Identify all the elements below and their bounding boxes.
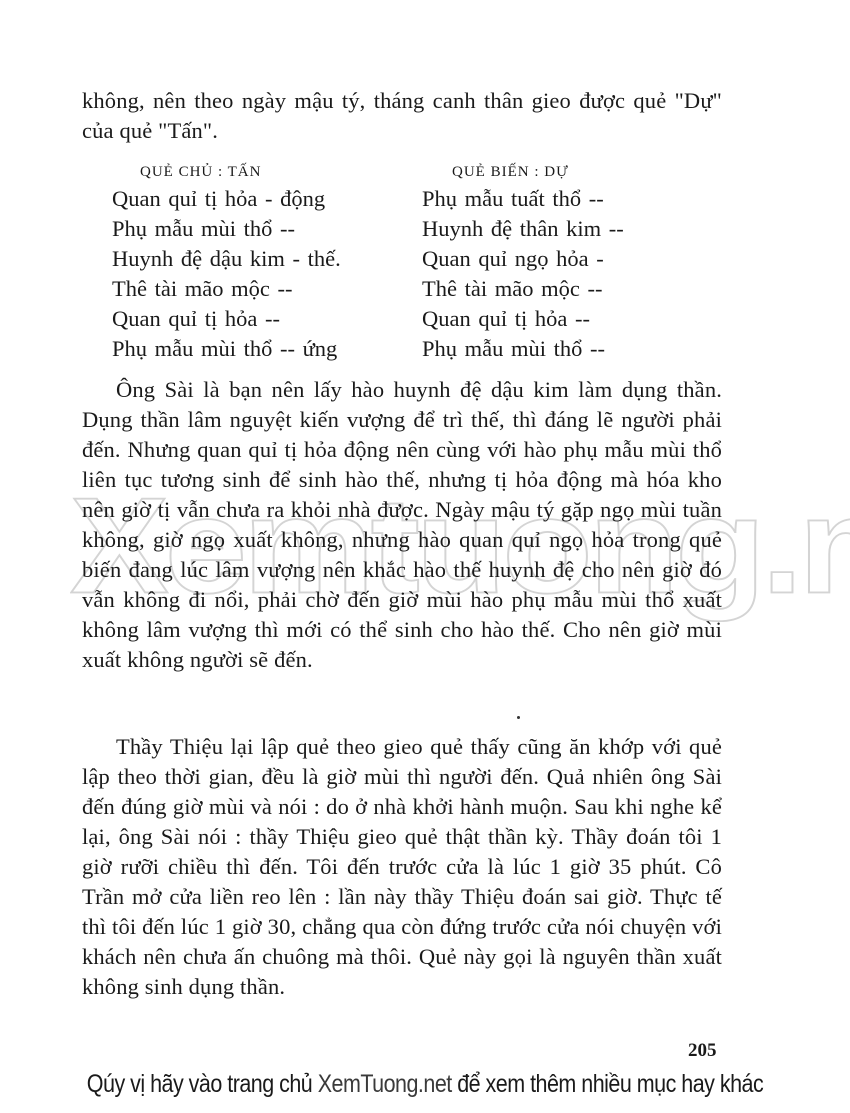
changed-hexagram-column: QUẺ BIẾN : DỰ Phụ mẫu tuất thổ -- Huynh … (422, 160, 672, 364)
changed-hexagram-line: Quan quỉ ngọ hỏa - (422, 244, 672, 274)
footer-prefix: Qúy vị hãy vào trang chủ (87, 1070, 318, 1098)
body-paragraph-2: Thầy Thiệu lại lập quẻ theo gieo quẻ thấ… (82, 732, 722, 1002)
changed-hexagram-line: Phụ mẫu tuất thổ -- (422, 184, 672, 214)
changed-hexagram-line: Phụ mẫu mùi thổ -- (422, 334, 672, 364)
main-hexagram-line: Thê tài mão mộc -- (112, 274, 422, 304)
main-hexagram-title: QUẺ CHỦ : TẤN (112, 160, 422, 184)
main-hexagram-line: Huynh đệ dậu kim - thế. (112, 244, 422, 274)
main-hexagram-line: Phụ mẫu mùi thổ -- ứng (112, 334, 422, 364)
footer-banner: Qúy vị hãy vào trang chủ XemTuong.net để… (60, 1064, 791, 1104)
changed-hexagram-line: Thê tài mão mộc -- (422, 274, 672, 304)
paragraph-text: Ông Sài là bạn nên lấy hào huynh đệ dậu … (82, 375, 722, 675)
body-paragraph-1: Ông Sài là bạn nên lấy hào huynh đệ dậu … (82, 375, 722, 675)
paragraph-text: Thầy Thiệu lại lập quẻ theo gieo quẻ thấ… (82, 732, 722, 1002)
changed-hexagram-line: Huynh đệ thân kim -- (422, 214, 672, 244)
main-hexagram-column: QUẺ CHỦ : TẤN Quan quỉ tị hỏa - động Phụ… (112, 160, 422, 364)
book-page: Xemtuong.net không, nên theo ngày mậu tý… (0, 0, 850, 1113)
footer-suffix: để xem thêm nhiều mục hay khác (452, 1070, 763, 1098)
print-speck (517, 716, 520, 719)
main-hexagram-line: Phụ mẫu mùi thổ -- (112, 214, 422, 244)
intro-paragraph: không, nên theo ngày mậu tý, tháng canh … (82, 86, 722, 146)
page-number: 205 (688, 1040, 717, 1062)
changed-hexagram-line: Quan quỉ tị hỏa -- (422, 304, 672, 334)
intro-text: không, nên theo ngày mậu tý, tháng canh … (82, 86, 722, 146)
main-hexagram-line: Quan quỉ tị hỏa - động (112, 184, 422, 214)
changed-hexagram-title: QUẺ BIẾN : DỰ (422, 160, 672, 184)
main-hexagram-line: Quan quỉ tị hỏa -- (112, 304, 422, 334)
footer-site-link[interactable]: XemTuong.net (318, 1070, 452, 1098)
hexagram-table: QUẺ CHỦ : TẤN Quan quỉ tị hỏa - động Phụ… (112, 160, 672, 364)
